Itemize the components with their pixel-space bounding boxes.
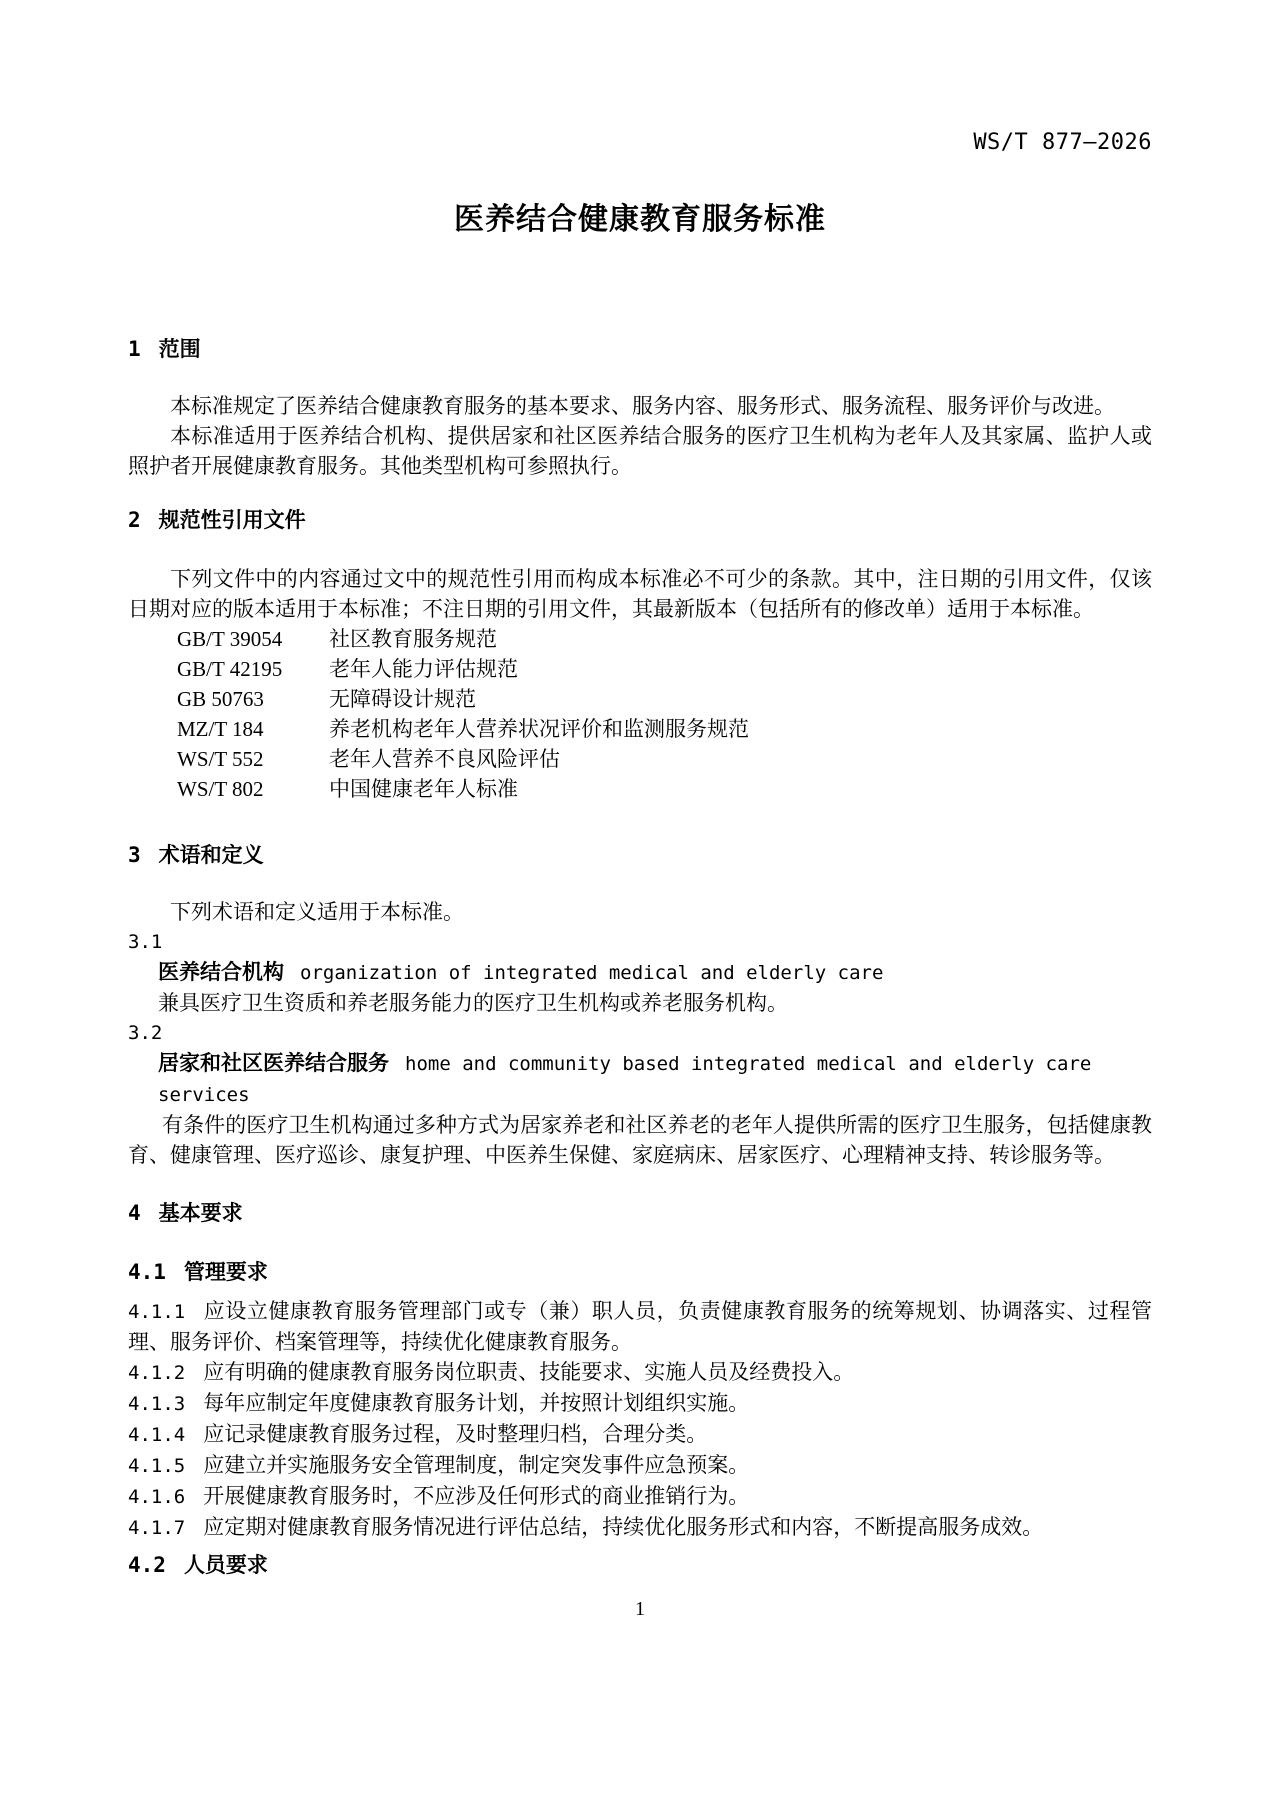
section-3-intro: 下列术语和定义适用于本标准。 xyxy=(128,897,1152,927)
section-2-title: 规范性引用文件 xyxy=(159,509,306,532)
term-zh-label: 医养结合机构 xyxy=(158,961,284,984)
section-1-paragraph-1: 本标准规定了医养结合健康教育服务的基本要求、服务内容、服务形式、服务流程、服务评… xyxy=(128,391,1152,421)
reference-title: 养老机构老年人营养状况评价和监测服务规范 xyxy=(329,714,1152,744)
clause-4-1-5: 4.1.5应建立并实施服务安全管理制度，制定突发事件应急预案。 xyxy=(128,1450,1152,1481)
reference-item: MZ/T 184养老机构老年人营养状况评价和监测服务规范 xyxy=(128,714,1152,744)
reference-code: GB/T 42195 xyxy=(177,654,329,684)
term-entry: 居家和社区医养结合服务home and community based inte… xyxy=(128,1048,1152,1110)
term-number: 3.2 xyxy=(128,1018,1152,1048)
reference-title: 无障碍设计规范 xyxy=(329,684,1152,714)
term-en-label: organization of integrated medical and e… xyxy=(300,962,883,984)
clause-4-1-2: 4.1.2应有明确的健康教育服务岗位职责、技能要求、实施人员及经费投入。 xyxy=(128,1357,1152,1388)
reference-code: MZ/T 184 xyxy=(177,714,329,744)
document-title: 医养结合健康教育服务标准 xyxy=(128,198,1152,242)
section-1-paragraph-2: 本标准适用于医养结合机构、提供居家和社区医养结合服务的医疗卫生机构为老年人及其家… xyxy=(128,421,1152,481)
section-4-heading: 4基本要求 xyxy=(128,1198,1152,1229)
clause-text: 应建立并实施服务安全管理制度，制定突发事件应急预案。 xyxy=(203,1453,749,1477)
section-3-title: 术语和定义 xyxy=(159,844,264,867)
section-1-title: 范围 xyxy=(159,338,201,361)
reference-title: 老年人能力评估规范 xyxy=(329,654,1152,684)
term-zh-label: 居家和社区医养结合服务 xyxy=(158,1052,389,1075)
reference-code: WS/T 802 xyxy=(177,774,329,804)
section-4-1-heading: 4.1管理要求 xyxy=(128,1257,1152,1288)
reference-item: GB 50763无障碍设计规范 xyxy=(128,684,1152,714)
reference-title: 社区教育服务规范 xyxy=(329,624,1152,654)
reference-title: 老年人营养不良风险评估 xyxy=(329,744,1152,774)
section-4-1-title: 管理要求 xyxy=(184,1261,268,1284)
section-3-heading: 3术语和定义 xyxy=(128,840,1152,871)
section-3-number: 3 xyxy=(128,843,141,867)
section-1-heading: 1范围 xyxy=(128,334,1152,365)
clause-4-1-4: 4.1.4应记录健康教育服务过程，及时整理归档，合理分类。 xyxy=(128,1419,1152,1450)
clause-text: 每年应制定年度健康教育服务计划，并按照计划组织实施。 xyxy=(203,1391,749,1415)
reference-code: GB 50763 xyxy=(177,684,329,714)
term-entry: 医养结合机构organization of integrated medical… xyxy=(128,957,1152,988)
section-4-2-number: 4.2 xyxy=(128,1553,166,1577)
clause-number: 4.1.4 xyxy=(128,1424,185,1446)
reference-item: GB/T 39054社区教育服务规范 xyxy=(128,624,1152,654)
clause-text: 开展健康教育服务时，不应涉及任何形式的商业推销行为。 xyxy=(203,1484,749,1508)
page-number: 1 xyxy=(128,1594,1152,1624)
section-2-heading: 2规范性引用文件 xyxy=(128,505,1152,536)
clause-number: 4.1.5 xyxy=(128,1455,185,1477)
reference-item: WS/T 802中国健康老年人标准 xyxy=(128,774,1152,804)
term-definition: 有条件的医疗卫生机构通过多种方式为居家养老和社区养老的老年人提供所需的医疗卫生服… xyxy=(128,1110,1152,1170)
section-4-2-title: 人员要求 xyxy=(184,1554,268,1577)
section-1-number: 1 xyxy=(128,337,141,361)
clause-4-1-7: 4.1.7应定期对健康教育服务情况进行评估总结，持续优化服务形式和内容，不断提高… xyxy=(128,1512,1152,1543)
reference-code: WS/T 552 xyxy=(177,744,329,774)
document-page: WS/T 877—2026 医养结合健康教育服务标准 1范围 本标准规定了医养结… xyxy=(0,0,1280,1810)
standard-code: WS/T 877—2026 xyxy=(128,0,1152,158)
reference-item: GB/T 42195老年人能力评估规范 xyxy=(128,654,1152,684)
clause-4-1-3: 4.1.3每年应制定年度健康教育服务计划，并按照计划组织实施。 xyxy=(128,1388,1152,1419)
reference-code: GB/T 39054 xyxy=(177,624,329,654)
clause-4-1-1: 4.1.1应设立健康教育服务管理部门或专（兼）职人员，负责健康教育服务的统筹规划… xyxy=(128,1296,1152,1357)
reference-item: WS/T 552老年人营养不良风险评估 xyxy=(128,744,1152,774)
section-4-2-heading: 4.2人员要求 xyxy=(128,1550,1152,1581)
clause-number: 4.1.3 xyxy=(128,1393,185,1415)
clause-text: 应定期对健康教育服务情况进行评估总结，持续优化服务形式和内容，不断提高服务成效。 xyxy=(203,1515,1043,1539)
term-number: 3.1 xyxy=(128,927,1152,957)
section-4-title: 基本要求 xyxy=(159,1202,243,1225)
clause-number: 4.1.6 xyxy=(128,1486,185,1508)
clause-number: 4.1.7 xyxy=(128,1517,185,1539)
section-2-number: 2 xyxy=(128,508,141,532)
section-4-1-number: 4.1 xyxy=(128,1260,166,1284)
section-4-number: 4 xyxy=(128,1201,141,1225)
reference-title: 中国健康老年人标准 xyxy=(329,774,1152,804)
section-2-paragraph-1: 下列文件中的内容通过文中的规范性引用而构成本标准必不可少的条款。其中，注日期的引… xyxy=(128,564,1152,624)
clause-number: 4.1.1 xyxy=(128,1301,185,1323)
clause-4-1-6: 4.1.6开展健康教育服务时，不应涉及任何形式的商业推销行为。 xyxy=(128,1481,1152,1512)
page-content: WS/T 877—2026 医养结合健康教育服务标准 1范围 本标准规定了医养结… xyxy=(128,0,1152,1624)
term-definition: 兼具医疗卫生资质和养老服务能力的医疗卫生机构或养老服务机构。 xyxy=(128,988,1152,1018)
clause-text: 应记录健康教育服务过程，及时整理归档，合理分类。 xyxy=(203,1422,707,1446)
clause-text: 应有明确的健康教育服务岗位职责、技能要求、实施人员及经费投入。 xyxy=(203,1360,854,1384)
clause-number: 4.1.2 xyxy=(128,1362,185,1384)
clause-text: 应设立健康教育服务管理部门或专（兼）职人员，负责健康教育服务的统筹规划、协调落实… xyxy=(128,1299,1152,1354)
